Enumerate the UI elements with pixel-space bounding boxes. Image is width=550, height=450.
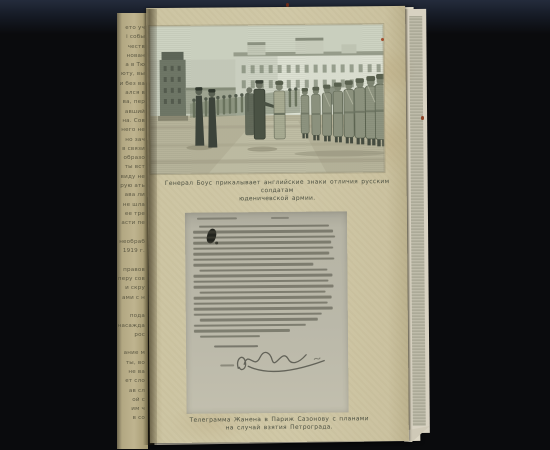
photo-caption: Генерал Боус прикалывает английские знак…: [148, 178, 407, 204]
document-header-fragment: [271, 217, 289, 219]
book-photograph: { "captions": { "photo": { "line1": "Ген…: [0, 0, 550, 450]
signature-scrawl: [230, 340, 334, 381]
parade-photo: [149, 24, 384, 174]
red-speck: [421, 116, 424, 120]
telegram-document: [185, 211, 349, 413]
document-header-fragment: [197, 217, 237, 219]
right-page: Генерал Боус прикалывает английские знак…: [146, 6, 409, 443]
red-speck: [286, 3, 289, 7]
red-speck: [381, 38, 384, 41]
gutter-shadow: [143, 9, 157, 445]
document-text-lines: [185, 224, 348, 341]
fore-edge-speckle: [409, 16, 426, 426]
document-caption: Телеграмма Жанена в Париж Сазонову с пла…: [150, 415, 409, 433]
document-caption-line2: на случай взятия Петрограда.: [150, 423, 409, 433]
halftone-texture: [149, 24, 384, 174]
photo-caption-line2: юденичевской армии.: [148, 194, 407, 204]
